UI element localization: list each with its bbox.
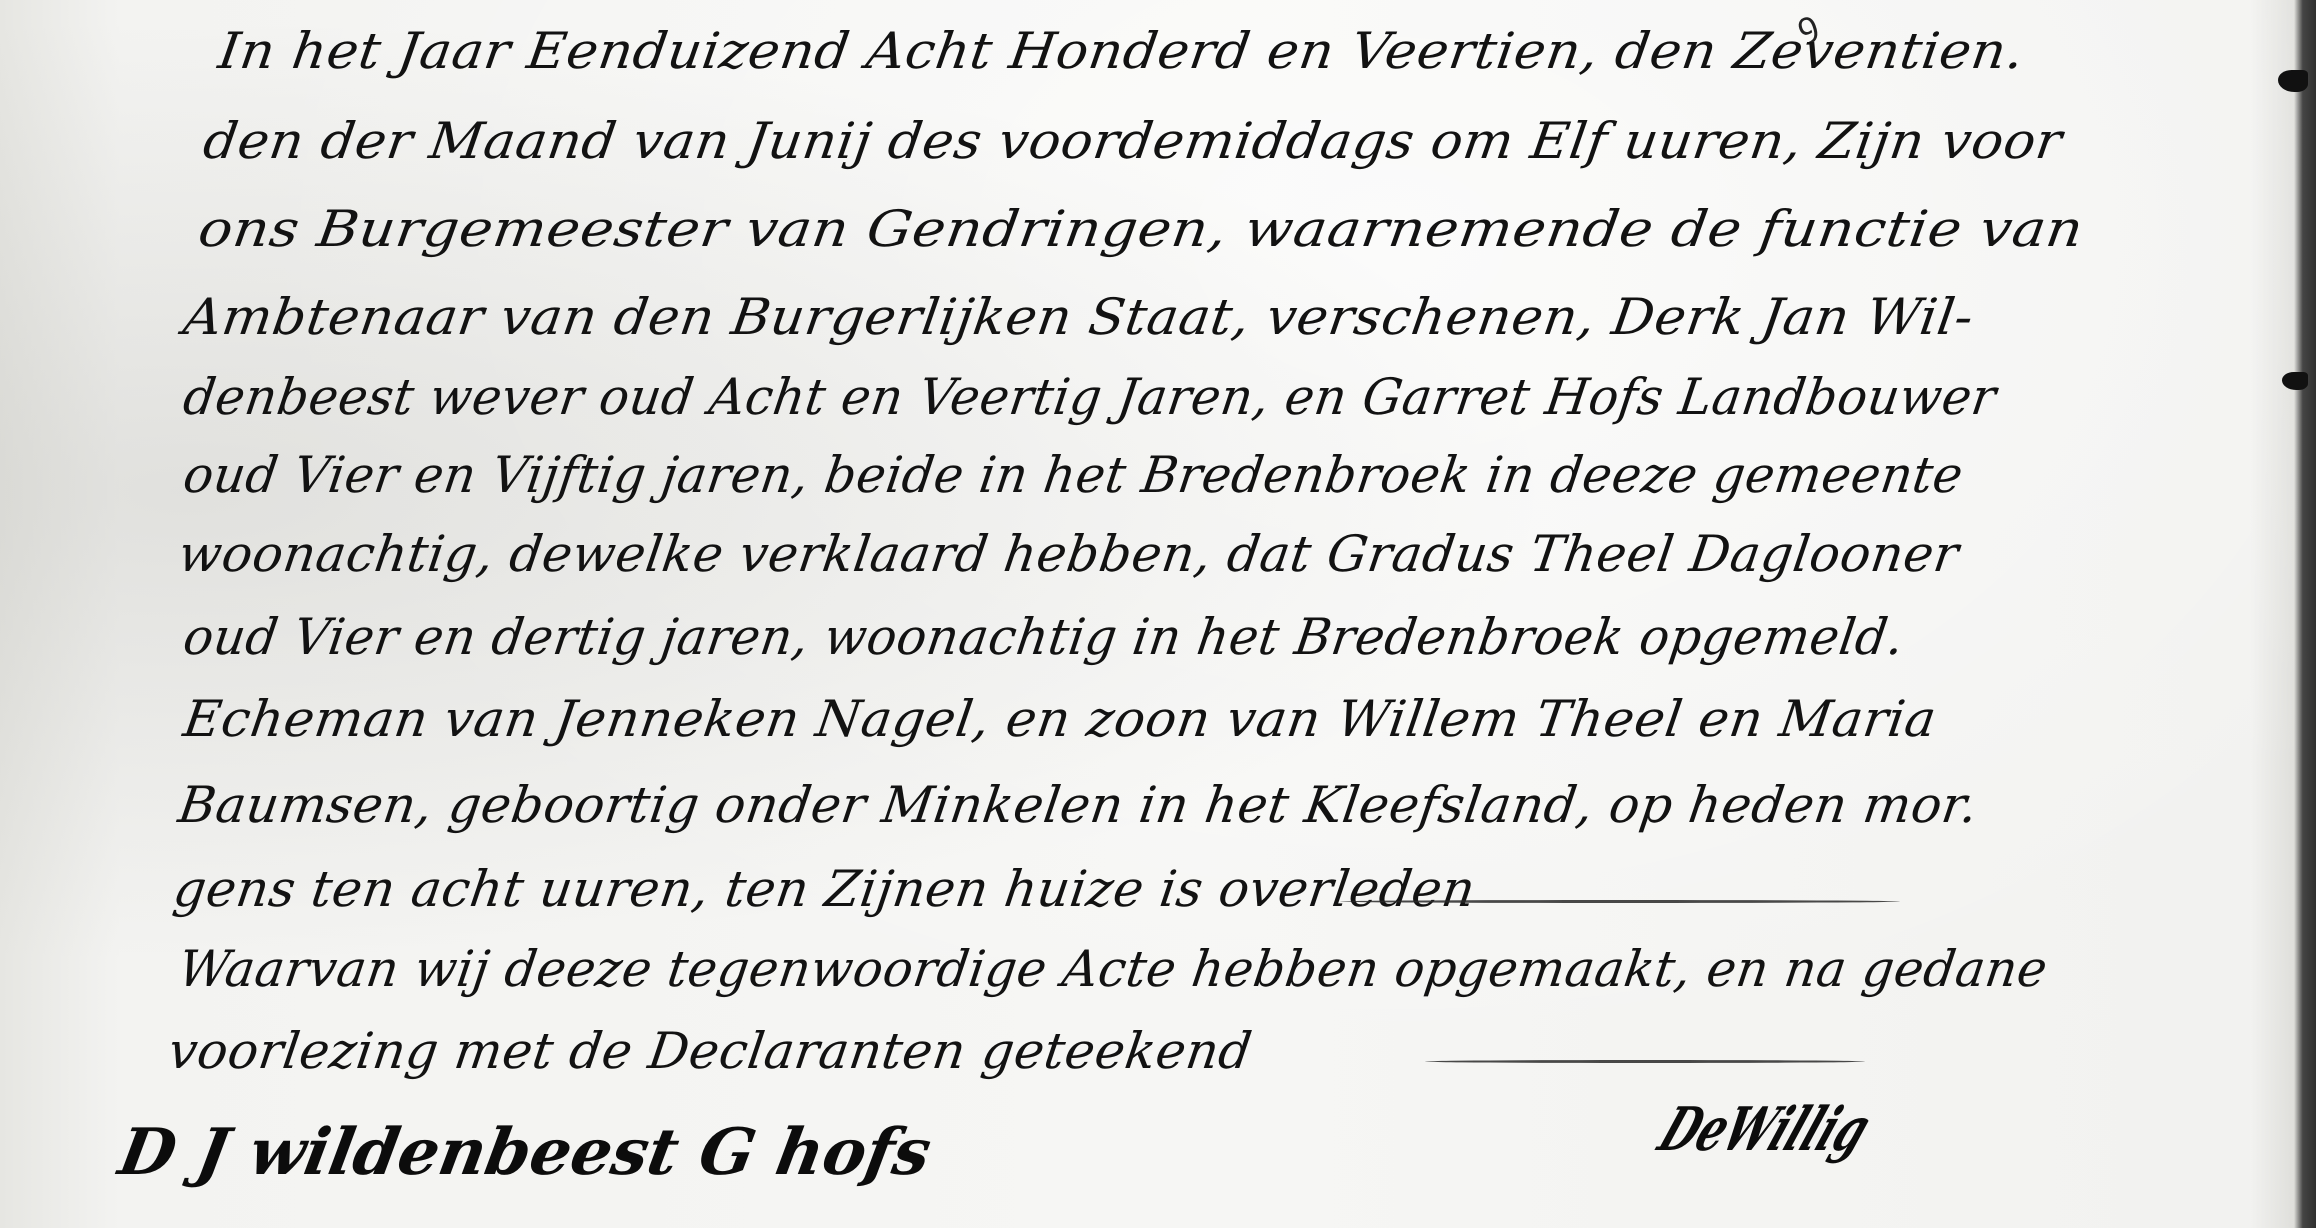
declarant-signatures: D J wildenbeest G hofs	[113, 1115, 936, 1190]
record-line-4: Ambtenaar van den Burgerlijken Staat, ve…	[180, 288, 1892, 346]
record-line-9: Echeman van Jenneken Nagel, en zoon van …	[180, 690, 1906, 748]
record-line-8: oud Vier en dertig jaren, woonachtig in …	[180, 608, 1943, 666]
record-line-3: ons Burgemeester van Gendringen, waarnem…	[195, 200, 1885, 258]
line-fill-flourish	[1340, 900, 1900, 903]
record-line-13: voorlezing met de Declaranten geteekend	[165, 1022, 1256, 1080]
record-line-1: In het Jaar Eenduizend Acht Honderd en V…	[215, 22, 1926, 80]
ink-blot	[2278, 70, 2308, 92]
record-line-10: Baumsen, geboortig onder Minkelen in het…	[175, 776, 1982, 834]
record-line-12: Waarvan wij deeze tegenwoordige Acte heb…	[175, 940, 2089, 998]
official-signature: DeWillig	[1649, 1095, 1880, 1165]
record-line-2: den der Maand van Junij des voordemiddag…	[200, 112, 1977, 170]
page-binding-edge	[2294, 0, 2316, 1228]
ink-blot	[2282, 372, 2308, 390]
record-line-11: gens ten acht uuren, ten Zijnen huize is…	[170, 860, 1479, 918]
document-page: ꝯ In het Jaar Eenduizend Acht Honderd en…	[0, 0, 2316, 1228]
line-fill-flourish	[1425, 1060, 1865, 1063]
record-line-5: denbeest wever oud Acht en Veertig Jaren…	[180, 368, 2037, 426]
record-line-6: oud Vier en Vijftig jaren, beide in het …	[180, 446, 2003, 504]
record-line-7: woonachtig, dewelke verklaard hebben, da…	[175, 525, 1962, 583]
